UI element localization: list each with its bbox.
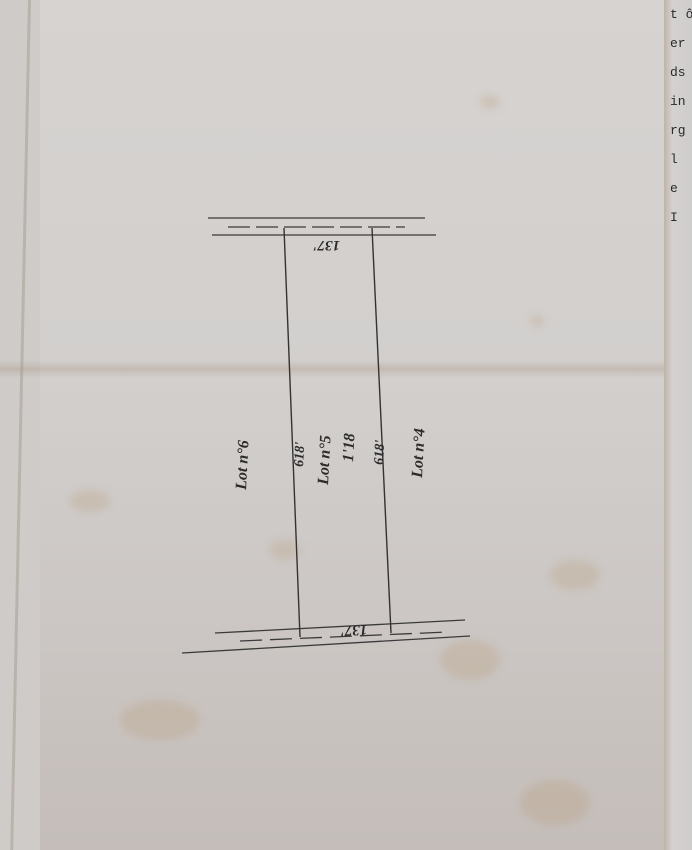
survey-drawing: 137' 137' Lot n°6 618' Lot n°5 1'18 618'… (0, 0, 692, 850)
center-lot-label: Lot n°5 (315, 435, 335, 486)
top-frontage-dimension: 137' (313, 237, 340, 253)
top-road-lines (208, 218, 436, 235)
bottom-frontage-dimension: 137' (340, 621, 367, 638)
left-side-dimension: 618' (292, 441, 308, 467)
right-lot-label: Lot n°4 (409, 428, 429, 479)
paper-sheet: t ô er ds in rg l e I 137' 137' Lot n°6 … (0, 0, 692, 850)
left-lot-label: Lot n°6 (233, 440, 253, 491)
lot-boundaries (284, 228, 391, 637)
right-side-dimension: 618' (372, 439, 388, 465)
center-lot-area: 1'18 (340, 433, 358, 462)
bottom-road-lines (182, 620, 470, 653)
